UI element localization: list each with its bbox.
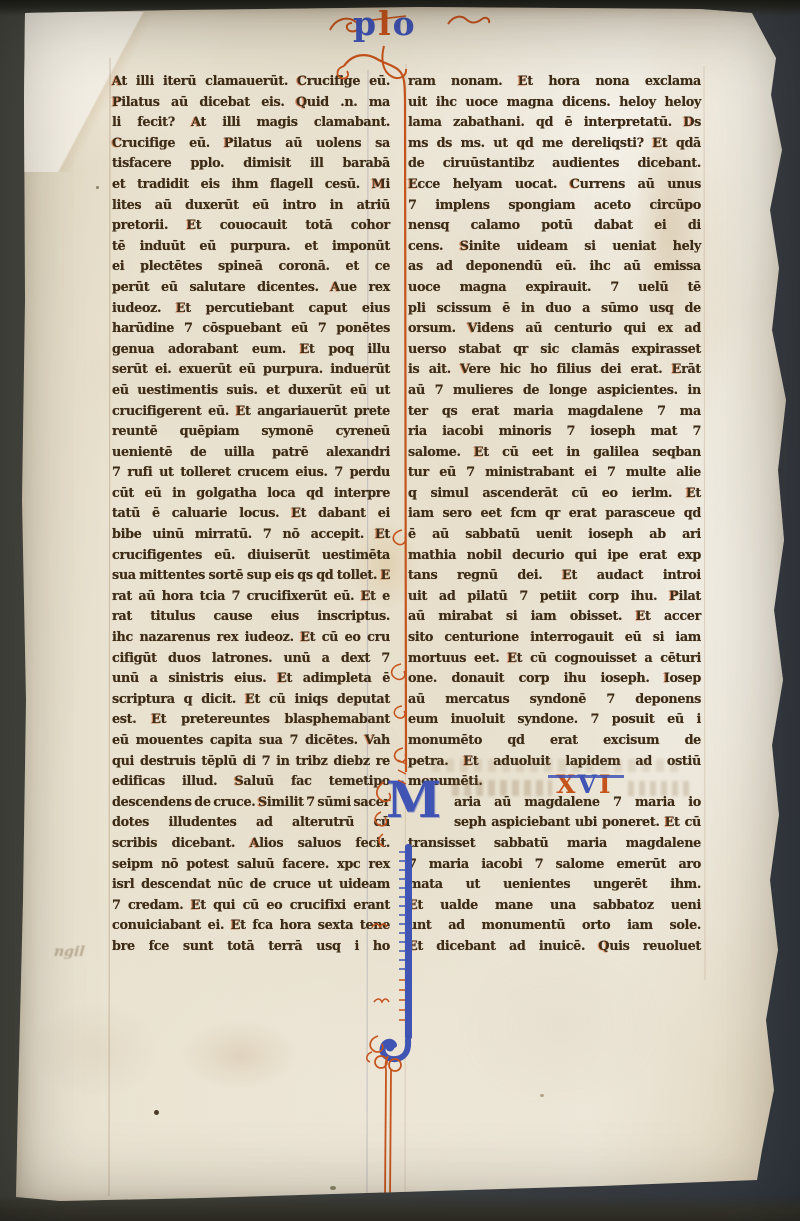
word: Et — [652, 134, 667, 155]
word: Et — [463, 752, 478, 773]
word: aū — [638, 175, 655, 196]
word: ho — [530, 360, 547, 381]
word: ei — [112, 257, 124, 278]
word: cause — [213, 607, 252, 628]
word: ē — [408, 525, 416, 546]
word: uolens — [316, 134, 361, 155]
manuscript-line: ramnonam.Ethoranonaexclama — [408, 72, 701, 93]
word: eū. — [369, 72, 390, 93]
word: uoce — [466, 93, 498, 114]
word: crucem — [237, 463, 288, 484]
word: ihc — [436, 93, 457, 114]
word: illi — [136, 72, 154, 93]
word: cū — [530, 649, 546, 670]
word: 7 — [591, 710, 600, 731]
word: Vere — [460, 360, 490, 381]
word: audact — [597, 566, 643, 587]
word: totā — [305, 216, 332, 237]
word: Et — [562, 566, 577, 587]
word: eū. — [214, 546, 235, 567]
word: eū. — [333, 587, 354, 608]
word: sup — [247, 566, 271, 587]
word: symonē — [261, 422, 313, 443]
manuscript-line: petra.Etaduoluitlapidemadostiū — [408, 752, 701, 773]
word: eū — [252, 196, 269, 217]
word: in — [566, 443, 579, 464]
word: si — [506, 607, 517, 628]
word: 7 — [262, 752, 271, 773]
word: aspicientes. — [597, 381, 678, 402]
word: ait. — [429, 360, 451, 381]
word: et — [346, 257, 359, 278]
rubric-letter: l — [378, 4, 391, 44]
manuscript-line: crucifigenteseū.diuiserūtuestimēta — [112, 546, 390, 567]
manuscript-line: tansregnūdei.Etaudactintroi — [408, 566, 701, 587]
word: monumentū — [482, 916, 566, 937]
show-through-text: ngil — [53, 944, 85, 960]
word: audientes — [552, 154, 619, 175]
word: salome. — [408, 443, 461, 464]
word: dicebant. — [637, 154, 701, 175]
manuscript-line: Atilliiterūclamauerūt.Crucifigeeū. — [112, 72, 390, 93]
word: ministrabant — [485, 463, 574, 484]
word: ad — [509, 937, 526, 958]
word: deputat — [337, 690, 390, 711]
manuscript-line: pretorii.Etcouocauittotācohor — [112, 216, 390, 237]
word: induerūt — [330, 360, 390, 381]
word: uideam — [339, 875, 390, 896]
word: de — [523, 381, 539, 402]
word: perdu — [350, 463, 390, 484]
word: dicebant. — [172, 834, 236, 855]
manuscript-line: crucifigerenteū.Etangariauerūtprete — [112, 402, 390, 423]
word: dotes — [112, 813, 149, 834]
word: magdalene — [568, 402, 643, 423]
manuscript-line: eiplectētesspineācoronā.etce — [112, 257, 390, 278]
word: tans — [408, 566, 437, 587]
word: uelū — [638, 278, 668, 299]
word: regnū — [457, 566, 498, 587]
word: qui — [575, 546, 597, 567]
manuscript-line: isrldescendatnūcdecruceutuideam — [112, 875, 390, 896]
word: erat. — [631, 360, 663, 381]
word: unū — [283, 649, 310, 670]
word: eius — [362, 299, 390, 320]
word: cūt — [112, 484, 134, 505]
word: erat — [639, 546, 667, 567]
word: descendens — [112, 793, 192, 814]
word: galilea — [593, 443, 639, 464]
word: eet. — [474, 649, 499, 670]
word: Et — [291, 504, 306, 525]
word: nensq — [408, 216, 449, 237]
manuscript-line: Pilatusaūdicebateis.Quid.n.ma — [112, 93, 390, 114]
word: Et — [665, 813, 680, 834]
word: aceto — [594, 196, 631, 217]
word: emissa — [654, 257, 701, 278]
manuscript-line: iudeoz.Etpercutiebantcaputeius — [112, 299, 390, 320]
word: scissum — [437, 299, 492, 320]
word: eis. — [261, 93, 284, 114]
word: obisset. — [570, 607, 622, 628]
word: iam — [675, 628, 701, 649]
word: loca — [267, 484, 295, 505]
word: ad — [635, 752, 652, 773]
word: dext — [341, 649, 370, 670]
manuscript-line: sephaspiciebantubiponeret.Etcū — [408, 813, 701, 834]
word: dei. — [517, 566, 542, 587]
word: expirasset — [631, 340, 701, 361]
word: ut — [466, 875, 481, 896]
word: eo — [345, 628, 361, 649]
word: caluarie — [172, 504, 228, 525]
manuscript-line: matautuenientesungerētihm. — [408, 875, 701, 896]
word: Saluū — [234, 772, 273, 793]
word: in — [172, 484, 185, 505]
word: atriū — [357, 196, 390, 217]
manuscript-line: eūmouentescapitasua7dicētes.Vah — [112, 731, 390, 752]
word: orto — [582, 916, 610, 937]
word: one. — [408, 669, 437, 690]
word: ē — [502, 299, 510, 320]
word: illudentes — [168, 813, 236, 834]
word: a — [582, 299, 590, 320]
word: corp — [588, 587, 619, 608]
speck — [540, 1094, 544, 1097]
word: eis — [201, 175, 220, 196]
word: rat — [112, 607, 132, 628]
word: ostiū — [667, 752, 701, 773]
word: stabat — [458, 340, 500, 361]
word: multe — [626, 463, 666, 484]
word: ho — [373, 937, 390, 958]
word: Vah — [365, 731, 390, 752]
word: 7 — [607, 463, 616, 484]
word: nūc — [217, 875, 242, 896]
word: eum. — [252, 340, 286, 361]
manuscript-line: tatūēcaluarielocus.Etdabantei — [112, 504, 390, 525]
word: uit — [408, 587, 427, 608]
word: aū — [285, 134, 302, 155]
manuscript-line: uocemagnaexpirauit.7uelūtē — [408, 278, 701, 299]
word: de — [408, 154, 424, 175]
word: uerso — [408, 340, 446, 361]
manuscript-line: msdsms.utqdmedereliqsti?Etqdā — [408, 134, 701, 155]
manuscript-line: lifecit?Atillimagisclamabant. — [112, 113, 390, 134]
word: de — [194, 793, 210, 814]
word: sunt — [183, 937, 213, 958]
word: aduoluit — [493, 752, 550, 773]
word: patrē — [272, 443, 308, 464]
word: induūt — [140, 237, 186, 258]
word: uocat. — [515, 175, 557, 196]
word: ram — [408, 72, 436, 93]
word: cohor — [351, 216, 390, 237]
word: dicebat — [199, 93, 249, 114]
word: duxerūt — [288, 381, 342, 402]
word: saluos — [298, 834, 341, 855]
word: i — [696, 710, 701, 731]
word: posuit — [612, 710, 655, 731]
word: iacobi — [442, 422, 483, 443]
word: magdalene — [626, 834, 701, 855]
word: Et — [186, 216, 201, 237]
word: ipe — [607, 546, 628, 567]
word: iniqs — [294, 690, 327, 711]
word: 7 — [606, 690, 615, 711]
word: usq — [316, 937, 340, 958]
word: lites — [112, 196, 141, 217]
word: credam. — [128, 896, 183, 917]
word: Alios — [250, 834, 284, 855]
manuscript-line: seipmnōpotestsaluūfacere.xpcrex — [112, 855, 390, 876]
word: suis. — [226, 381, 257, 402]
word: qs — [442, 402, 457, 423]
word: xpc — [337, 855, 360, 876]
word: 7 — [290, 731, 299, 752]
word: sua — [112, 566, 136, 587]
word: ierlm. — [632, 484, 673, 505]
word: eū. — [555, 257, 576, 278]
word: rex — [368, 278, 389, 299]
word: calamo — [471, 216, 520, 237]
manuscript-line: dotesilludentesadalterutrūcū — [112, 813, 390, 834]
word: interpre — [334, 484, 390, 505]
manuscript-line: monumētoqderatexcisumde — [408, 731, 701, 752]
word: eū — [439, 463, 456, 484]
word: pli — [408, 299, 426, 320]
manuscript-line: orsum.Vidensaūcenturioquiexad — [408, 319, 701, 340]
manuscript-line: pliscissumēinduoasūmousqde — [408, 299, 701, 320]
word: ari — [682, 525, 701, 546]
word: monumēto — [408, 731, 482, 752]
word: maria — [429, 855, 469, 876]
manuscript-line: eūuestimentissuis.etduxerūteūut — [112, 381, 390, 402]
word: tēplū — [201, 752, 236, 773]
word: cognouisset — [555, 649, 637, 670]
word: aū — [494, 793, 511, 814]
word: rat — [112, 587, 132, 608]
word: mane — [495, 896, 533, 917]
word: potū — [541, 216, 572, 237]
word: inuicē. — [539, 937, 585, 958]
manuscript-line: cens.Siniteuideamsiueniathely — [408, 237, 701, 258]
manuscript-line: tisfacerepplo.dimisitillbarabā — [112, 154, 390, 175]
word: Et — [408, 937, 423, 958]
word: lama — [408, 113, 442, 134]
manuscript-line: sitocenturioneinterrogauiteūsiiam — [408, 628, 701, 649]
word: E — [381, 566, 390, 587]
word: alterutrū — [292, 813, 354, 834]
word: e — [382, 587, 390, 608]
word: fce — [149, 937, 169, 958]
manuscript-line: iamseroeetfcmqreratparasceueqd — [408, 504, 701, 525]
word: tē — [688, 278, 701, 299]
word: Et — [300, 340, 315, 361]
word: excisum — [603, 731, 659, 752]
word: qdā — [676, 134, 701, 155]
word: ē — [565, 113, 573, 134]
rubric-letter: I — [599, 772, 613, 798]
word: ad — [436, 257, 453, 278]
word: dimisit — [243, 154, 291, 175]
word: flagell — [270, 175, 313, 196]
manuscript-line: ihcnazarenusrexiudeoz.Etcūeocru — [112, 628, 390, 649]
manuscript-line: terqseratmariamagdalene7ma — [408, 402, 701, 423]
word: 7 — [408, 196, 417, 217]
word: unū — [112, 669, 139, 690]
word: 7 — [535, 855, 544, 876]
word: fecit. — [355, 834, 390, 855]
word: dabant — [318, 504, 366, 525]
word: aū — [138, 587, 155, 608]
word: de — [685, 299, 701, 320]
word: uestimentis — [137, 381, 218, 402]
word: tisfacere — [112, 154, 171, 175]
word: ihc — [590, 257, 611, 278]
word: eū — [112, 731, 129, 752]
word: cū — [243, 896, 259, 917]
manuscript-line: edificasillud.Saluūfactemetipo — [112, 772, 390, 793]
manuscript-line: brefcesunttotāterrāusqiho — [112, 937, 390, 958]
word: inscriptus. — [317, 607, 390, 628]
manuscript-line: salome.Etcūeetingalileaseqban — [408, 443, 701, 464]
word: sic — [540, 340, 559, 361]
word: mat — [650, 422, 677, 443]
word: tollet. — [337, 566, 377, 587]
word: q — [408, 484, 417, 505]
word: ei — [584, 463, 596, 484]
word: eū — [161, 278, 178, 299]
word: destruis — [140, 752, 196, 773]
word: interpretatū. — [584, 113, 672, 134]
word: purpura. — [263, 360, 323, 381]
word: illu — [367, 340, 390, 361]
word: eū — [625, 628, 642, 649]
word: erat — [569, 504, 597, 525]
word: Pilatus — [224, 134, 272, 155]
word: dicebant — [436, 937, 495, 958]
word: longe — [549, 381, 587, 402]
word: eum — [408, 710, 438, 731]
word: ciruūstantibz — [443, 154, 534, 175]
word: ms. — [461, 134, 485, 155]
word: unus — [667, 175, 701, 196]
word: deponens — [635, 690, 701, 711]
word: aria — [454, 793, 481, 814]
word: intro — [282, 196, 316, 217]
word: cruce — [273, 875, 311, 896]
word: fcm — [510, 504, 536, 525]
word: Et — [236, 402, 251, 423]
word: 7 — [263, 525, 272, 546]
word: spongiam — [508, 196, 575, 217]
word: crucifigentes — [112, 546, 202, 567]
word: cū — [269, 690, 285, 711]
word: uideam — [517, 237, 568, 258]
word: quēpiam — [180, 422, 240, 443]
word: eū. — [189, 134, 210, 155]
word: Pilat — [669, 587, 701, 608]
word: locus. — [239, 504, 279, 525]
word: tolleret — [180, 463, 230, 484]
word: centurione — [444, 628, 519, 649]
word: Currens — [570, 175, 625, 196]
word: magis — [256, 113, 297, 134]
word: io — [688, 793, 701, 814]
word: uenientē — [112, 443, 172, 464]
manuscript-line: 7mariaiacobi7salomeemerūtaro — [408, 855, 701, 876]
word: Videns — [467, 319, 513, 340]
word: Quis — [598, 937, 629, 958]
word: qd — [507, 731, 524, 752]
word: filius — [557, 360, 592, 381]
manuscript-line: genuaadorabanteum.Etpoqillu — [112, 340, 390, 361]
word: et — [304, 237, 317, 258]
word: 7 — [692, 422, 701, 443]
word: ad — [448, 916, 465, 937]
word: ut — [318, 875, 333, 896]
word: in — [521, 299, 534, 320]
manuscript-line: Etdicebantadinuicē.Quisreuoluet — [408, 937, 701, 958]
manuscript-line: serūtei.exuerūteūpurpura.induerūt — [112, 360, 390, 381]
word: 7 — [184, 319, 193, 340]
word: li — [112, 113, 121, 134]
word: uenit — [536, 525, 572, 546]
word: mortuus — [408, 649, 466, 670]
word: eū — [112, 381, 129, 402]
word: aū — [171, 93, 188, 114]
manuscript-line: ēaūsabbatūuenitiosephabari — [408, 525, 701, 546]
word: aspiciebant — [491, 813, 570, 834]
word: ut — [493, 134, 508, 155]
word: prete — [354, 402, 390, 423]
word: eū — [145, 484, 162, 505]
speck — [96, 186, 99, 189]
word: 7 — [657, 402, 666, 423]
word: q — [184, 690, 193, 711]
word: .n. — [340, 93, 357, 114]
word: Et — [176, 299, 191, 320]
word: qui — [112, 752, 134, 773]
word: parasceue — [605, 504, 675, 525]
word: Et — [507, 649, 522, 670]
word: Mi — [372, 175, 390, 196]
word: ueni — [671, 896, 701, 917]
word: pretereuntes — [181, 710, 269, 731]
word: syndonē — [530, 690, 586, 711]
manuscript-line: asaddeponendūeū.ihcaūemissa — [408, 257, 701, 278]
word: eius. — [295, 463, 327, 484]
word: qd — [306, 484, 323, 505]
word: iudeoz. — [245, 628, 294, 649]
word: conuiciabant — [112, 916, 201, 937]
word: diebz — [333, 752, 369, 773]
word: aū — [432, 525, 449, 546]
word: a — [150, 669, 158, 690]
word: ad — [439, 587, 456, 608]
word: ihm — [232, 175, 259, 196]
word: nō — [161, 855, 178, 876]
word: golgatha — [196, 484, 256, 505]
word: caput — [309, 299, 348, 320]
word: Similit — [258, 793, 304, 814]
word: uinū — [152, 525, 183, 546]
word: ei. — [208, 916, 224, 937]
word: cifigūt — [112, 649, 157, 670]
word: Et — [474, 443, 489, 464]
word: cru — [367, 628, 390, 649]
